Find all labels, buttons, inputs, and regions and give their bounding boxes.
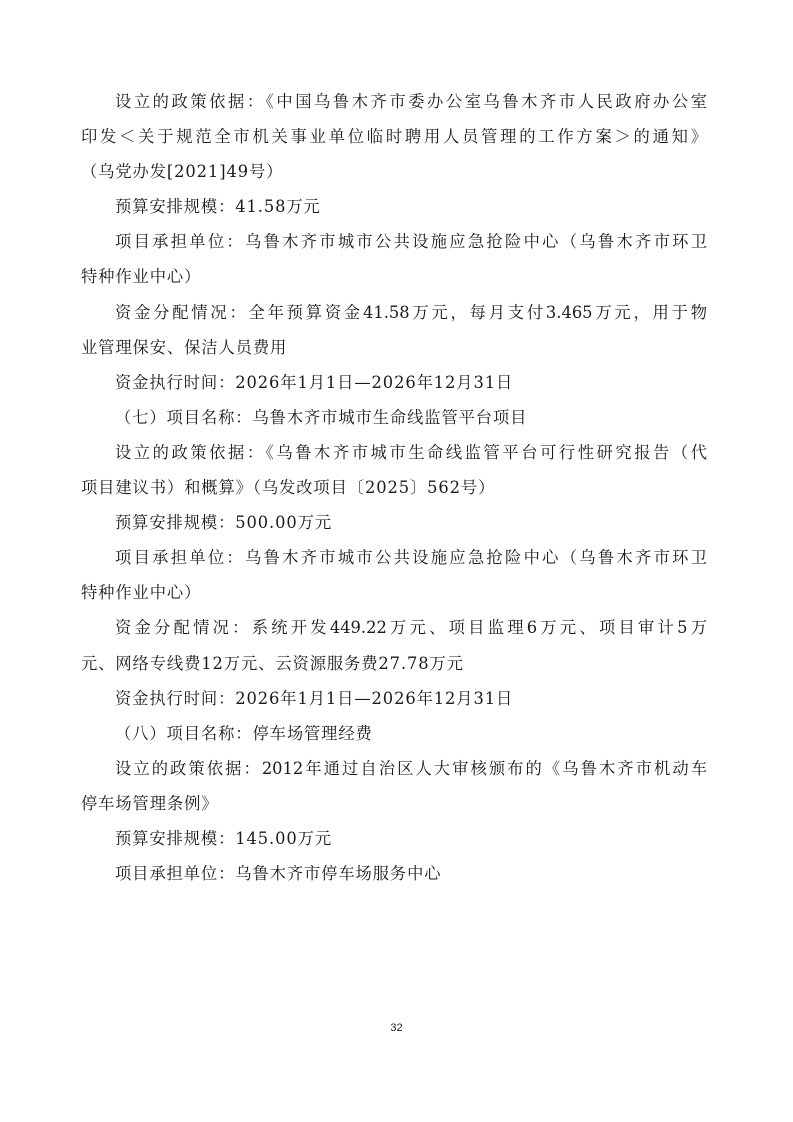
fund-allocation-line-continued: 业管理保安、保洁人员费用 (81, 330, 707, 365)
policy-basis-line: 设立的政策依据：《中国乌鲁木齐市委办公室乌鲁木齐市人民政府办公室 (81, 84, 707, 119)
execution-time-line: 资金执行时间：2026年1月1日—2026年12月31日 (81, 365, 707, 400)
page-number: 32 (0, 1022, 793, 1034)
policy-basis-line-continued: 停车场管理条例》 (81, 786, 707, 821)
budget-scale-line: 预算安排规模：41.58万元 (81, 189, 707, 224)
budget-scale-line: 预算安排规模：145.00万元 (81, 821, 707, 856)
undertaking-unit-line-continued: 特种作业中心） (81, 575, 707, 610)
policy-basis-line: 设立的政策依据：2012年通过自治区人大审核颁布的《乌鲁木齐市机动车 (81, 751, 707, 786)
policy-basis-doc-number: （乌党办发[2021]49号） (81, 154, 707, 189)
undertaking-unit-line-continued: 特种作业中心） (81, 259, 707, 294)
document-body: 设立的政策依据：《中国乌鲁木齐市委办公室乌鲁木齐市人民政府办公室 印发＜关于规范… (81, 84, 707, 891)
undertaking-unit-line: 项目承担单位：乌鲁木齐市城市公共设施应急抢险中心（乌鲁木齐市环卫 (81, 224, 707, 259)
execution-time-line: 资金执行时间：2026年1月1日—2026年12月31日 (81, 681, 707, 716)
policy-basis-line-continued: 印发＜关于规范全市机关事业单位临时聘用人员管理的工作方案＞的通知》 (81, 119, 707, 154)
undertaking-unit-line: 项目承担单位：乌鲁木齐市停车场服务中心 (81, 856, 707, 891)
policy-basis-line-continued: 项目建议书）和概算》（乌发改项目〔2025〕562号） (81, 470, 707, 505)
fund-allocation-line-continued: 元、网络专线费12万元、云资源服务费27.78万元 (81, 646, 707, 681)
document-page: 设立的政策依据：《中国乌鲁木齐市委办公室乌鲁木齐市人民政府办公室 印发＜关于规范… (0, 0, 793, 1122)
fund-allocation-line: 资金分配情况：全年预算资金41.58万元，每月支付3.465万元，用于物 (81, 295, 707, 330)
policy-basis-line: 设立的政策依据：《乌鲁木齐市城市生命线监管平台可行性研究报告（代 (81, 435, 707, 470)
budget-scale-line: 预算安排规模：500.00万元 (81, 505, 707, 540)
fund-allocation-line: 资金分配情况：系统开发449.22万元、项目监理6万元、项目审计5万 (81, 610, 707, 645)
section-heading-8: （八）项目名称：停车场管理经费 (81, 716, 707, 751)
section-heading-7: （七）项目名称：乌鲁木齐市城市生命线监管平台项目 (81, 400, 707, 435)
undertaking-unit-line: 项目承担单位：乌鲁木齐市城市公共设施应急抢险中心（乌鲁木齐市环卫 (81, 540, 707, 575)
